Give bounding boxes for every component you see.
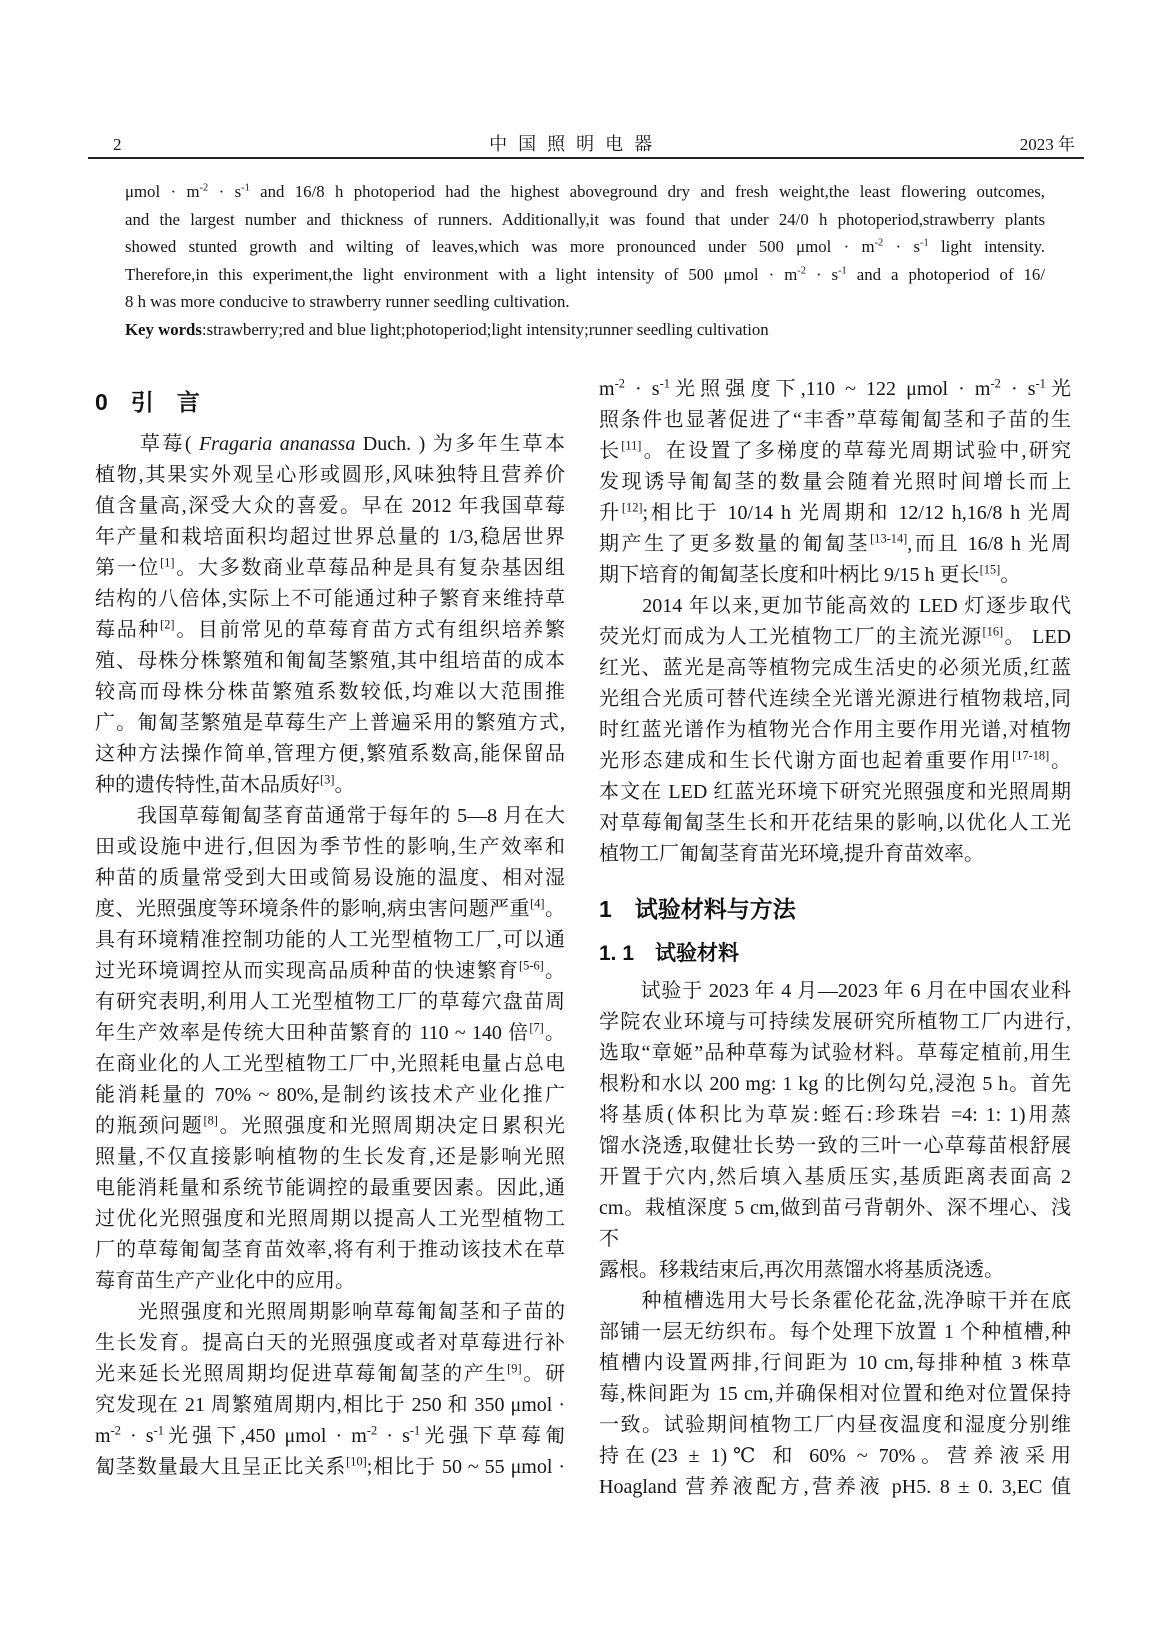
text-line: 生长发育。提高白天的光照强度或者对草莓进行补	[95, 1328, 565, 1359]
abstract-text: μmol · m-2 · s-1 and 16/8 h photoperiod …	[125, 178, 1045, 316]
text-line: 莓,株间距为 15 cm,并确保相对位置和绝对位置保持	[599, 1379, 1071, 1410]
text-line: 田或设施中进行,但因为季节性的影响,生产效率和	[95, 832, 565, 863]
text-line: 能消耗量的 70% ~ 80%,是制约该技术产业化推广	[95, 1080, 565, 1111]
text-line: m-2 · s-1光照强度下,110 ~ 122 μmol · m-2 · s-…	[599, 374, 1071, 405]
text-line: 的瓶颈问题[8]。光照强度和光照周期决定日累积光	[95, 1111, 565, 1142]
journal-page: 2 中国照明电器 2023 年 μmol · m-2 · s-1 and 16/…	[0, 0, 1170, 1652]
text-line: 发现诱导匍匐茎的数量会随着光照时间增长而上	[599, 467, 1071, 498]
text-line: Hoagland 营养液配方,营养液 pH5. 8 ± 0. 3,EC 值	[599, 1472, 1071, 1503]
text-line: 这种方法操作简单,管理方便,繁殖系数高,能保留品	[95, 739, 565, 770]
text-line: 过优化光照强度和光照周期以提高人工光型植物工	[95, 1204, 565, 1235]
text-line: 光形态建成和生长代谢方面也起着重要作用[17-18]。	[599, 746, 1071, 777]
text-line: 光组合光质可替代连续全光谱光源进行植物栽培,同	[599, 684, 1071, 715]
text-line: 升[12];相比于 10/14 h 光周期和 12/12 h,16/8 h 光周	[599, 498, 1071, 529]
section-heading-methods: 1 试验材料与方法	[599, 894, 1071, 924]
keywords-line: Key words:strawberry;red and blue light;…	[125, 316, 1045, 344]
text-line: m-2 · s-1光强下,450 μmol · m-2 · s-1光强下草莓匍	[95, 1421, 565, 1452]
text-line: 度、光照强度等环境条件的影响,病虫害问题严重[4]。	[95, 894, 565, 925]
text-line: 过光环境调控从而实现高品质种苗的快速繁育[5-6]。	[95, 956, 565, 987]
subsection-heading-materials: 1. 1 试验材料	[599, 940, 1071, 968]
text-line: 荧光灯而成为人工光植物工厂的主流光源[16]。 LED	[599, 622, 1071, 653]
text-line: 莓育苗生产产业化中的应用。	[95, 1266, 565, 1297]
text-line: and the largest number and thickness of …	[125, 206, 1045, 234]
methods-paragraph-2: 种植槽选用大号长条霍伦花盆,洗净晾干并在底部铺一层无纺织布。每个处理下放置 1 …	[599, 1286, 1071, 1503]
intro-paragraph-4: 2014 年以来,更加节能高效的 LED 灯逐步取代荧光灯而成为人工光植物工厂的…	[599, 591, 1071, 870]
text-line: 选取“章姬”品种草莓为试验材料。草莓定植前,用生	[599, 1038, 1071, 1069]
text-line: 红光、蓝光是高等植物完成生活史的必须光质,红蓝	[599, 653, 1071, 684]
text-line: 持在(23 ± 1)℃ 和 60% ~ 70%。营养液采用	[599, 1441, 1071, 1472]
intro-paragraph-3: 光照强度和光照周期影响草莓匍匐茎和子苗的生长发育。提高白天的光照强度或者对草莓进…	[95, 1297, 565, 1483]
text-line: 具有环境精准控制功能的人工光型植物工厂,可以通	[95, 925, 565, 956]
text-line: 露根。移栽结束后,再次用蒸馏水将基质浇透。	[599, 1255, 1071, 1286]
text-line: 匐茎数量最大且呈正比关系[10];相比于 50 ~ 55 μmol ·	[95, 1452, 565, 1483]
text-line: 有研究表明,利用人工光型植物工厂的草莓穴盘苗周	[95, 987, 565, 1018]
text-line: 广。匍匐茎繁殖是草莓生产上普遍采用的繁殖方式,	[95, 708, 565, 739]
text-line: 值含量高,深受大众的喜爱。早在 2012 年我国草莓	[95, 491, 565, 522]
text-line: 电能消耗量和系统节能调控的最重要因素。因此,通	[95, 1173, 565, 1204]
text-line: 种苗的质量常受到大田或简易设施的温度、相对湿	[95, 863, 565, 894]
left-column: 0 引 言 草莓( Fragaria ananassa Duch. ) 为多年生…	[95, 387, 565, 1483]
text-line: 较高而母株分株苗繁殖系数较低,均难以大范围推	[95, 677, 565, 708]
text-line: 年生产效率是传统大田种苗繁育的 110 ~ 140 倍[7]。	[95, 1018, 565, 1049]
text-line: 植槽内设置两排,行间距为 10 cm,每排种植 3 株草	[599, 1348, 1071, 1379]
intro-paragraph-1: 草莓( Fragaria ananassa Duch. ) 为多年生草本植物,其…	[95, 429, 565, 801]
text-line: 第一位[1]。大多数商业草莓品种是具有复杂基因组	[95, 553, 565, 584]
text-line: cm。栽植深度 5 cm,做到苗弓背朝外、深不埋心、浅不	[599, 1193, 1071, 1255]
text-line: 本文在 LED 红蓝光环境下研究光照强度和光照周期	[599, 777, 1071, 808]
text-line: 年产量和栽培面积均超过世界总量的 1/3,稳居世界	[95, 522, 565, 553]
text-line: 开置于穴内,然后填入基质压实,基质距离表面高 2	[599, 1162, 1071, 1193]
text-line: Therefore,in this experiment,the light e…	[125, 261, 1045, 289]
text-line: 试验于 2023 年 4 月—2023 年 6 月在中国农业科	[599, 976, 1071, 1007]
text-line: 对草莓匍匐茎生长和开花结果的影响,以优化人工光	[599, 808, 1071, 839]
text-line: 将基质(体积比为草炭:蛭石:珍珠岩 =4: 1: 1)用蒸	[599, 1100, 1071, 1131]
text-line: 究发现在 21 周繁殖周期内,相比于 250 和 350 μmol ·	[95, 1390, 565, 1421]
text-line: 根粉和水以 200 mg: 1 kg 的比例勾兑,浸泡 5 h。首先	[599, 1069, 1071, 1100]
section-heading-introduction: 0 引 言	[95, 387, 565, 417]
journal-title: 中国照明电器	[478, 130, 663, 156]
text-line: μmol · m-2 · s-1 and 16/8 h photoperiod …	[125, 178, 1045, 206]
text-line: 在商业化的人工光型植物工厂中,光照耗电量占总电	[95, 1049, 565, 1080]
text-line: 草莓( Fragaria ananassa Duch. ) 为多年生草本	[95, 429, 565, 460]
text-line: 期下培育的匍匐茎长度和叶柄比 9/15 h 更长[15]。	[599, 560, 1071, 591]
text-line: 植物,其果实外观呈心形或圆形,风味独特且营养价	[95, 460, 565, 491]
text-line: 种植槽选用大号长条霍伦花盆,洗净晾干并在底	[599, 1286, 1071, 1317]
text-line: showed stunted growth and wilting of lea…	[125, 233, 1045, 261]
text-line: 馏水浇透,取健壮长势一致的三叶一心草莓苗根舒展	[599, 1131, 1071, 1162]
header-rule	[88, 157, 1084, 159]
text-line: 殖、母株分株繁殖和匍匐茎繁殖,其中组培苗的成本	[95, 646, 565, 677]
text-line: 结构的八倍体,实际上不可能通过种子繁育来维持草	[95, 584, 565, 615]
text-line: 长[11]。在设置了多梯度的草莓光周期试验中,研究	[599, 436, 1071, 467]
text-line: 我国草莓匍匐茎育苗通常于每年的 5—8 月在大	[95, 801, 565, 832]
methods-paragraph-1: 试验于 2023 年 4 月—2023 年 6 月在中国农业科学院农业环境与可持…	[599, 976, 1071, 1286]
page-number: 2	[95, 135, 122, 155]
text-line: 厂的草莓匍匐茎育苗效率,将有利于推动该技术在草	[95, 1235, 565, 1266]
text-line: 照量,不仅直接影响植物的生长发育,还是影响光照	[95, 1142, 565, 1173]
abstract-continuation: μmol · m-2 · s-1 and 16/8 h photoperiod …	[125, 178, 1045, 344]
text-line: 学院农业环境与可持续发展研究所植物工厂内进行,	[599, 1007, 1071, 1038]
text-line: 时红蓝光谱作为植物光合作用主要作用光谱,对植物	[599, 715, 1071, 746]
text-line: 一致。试验期间植物工厂内昼夜温度和湿度分别维	[599, 1410, 1071, 1441]
text-line: 光照强度和光照周期影响草莓匍匐茎和子苗的	[95, 1297, 565, 1328]
right-column: m-2 · s-1光照强度下,110 ~ 122 μmol · m-2 · s-…	[599, 374, 1071, 1503]
text-line: 光来延长光照周期均促进草莓匍匐茎的产生[9]。研	[95, 1359, 565, 1390]
intro-paragraph-2: 我国草莓匍匐茎育苗通常于每年的 5—8 月在大田或设施中进行,但因为季节性的影响…	[95, 801, 565, 1297]
text-line: 2014 年以来,更加节能高效的 LED 灯逐步取代	[599, 591, 1071, 622]
intro-paragraph-3-continued: m-2 · s-1光照强度下,110 ~ 122 μmol · m-2 · s-…	[599, 374, 1071, 591]
header-year: 2023 年	[1020, 130, 1075, 155]
text-line: 8 h was more conducive to strawberry run…	[125, 288, 1045, 316]
text-line: 期产生了更多数量的匍匐茎[13-14],而且 16/8 h 光周	[599, 529, 1071, 560]
text-line: 部铺一层无纺织布。每个处理下放置 1 个种植槽,种	[599, 1317, 1071, 1348]
text-line: 植物工厂匍匐茎育苗光环境,提升育苗效率。	[599, 839, 1071, 870]
text-line: 莓品种[2]。目前常见的草莓育苗方式有组织培养繁	[95, 615, 565, 646]
text-line: 种的遗传特性,苗木品质好[3]。	[95, 770, 565, 801]
running-header: 2 中国照明电器 2023 年	[95, 130, 1075, 156]
text-line: 照条件也显著促进了“丰香”草莓匍匐茎和子苗的生	[599, 405, 1071, 436]
